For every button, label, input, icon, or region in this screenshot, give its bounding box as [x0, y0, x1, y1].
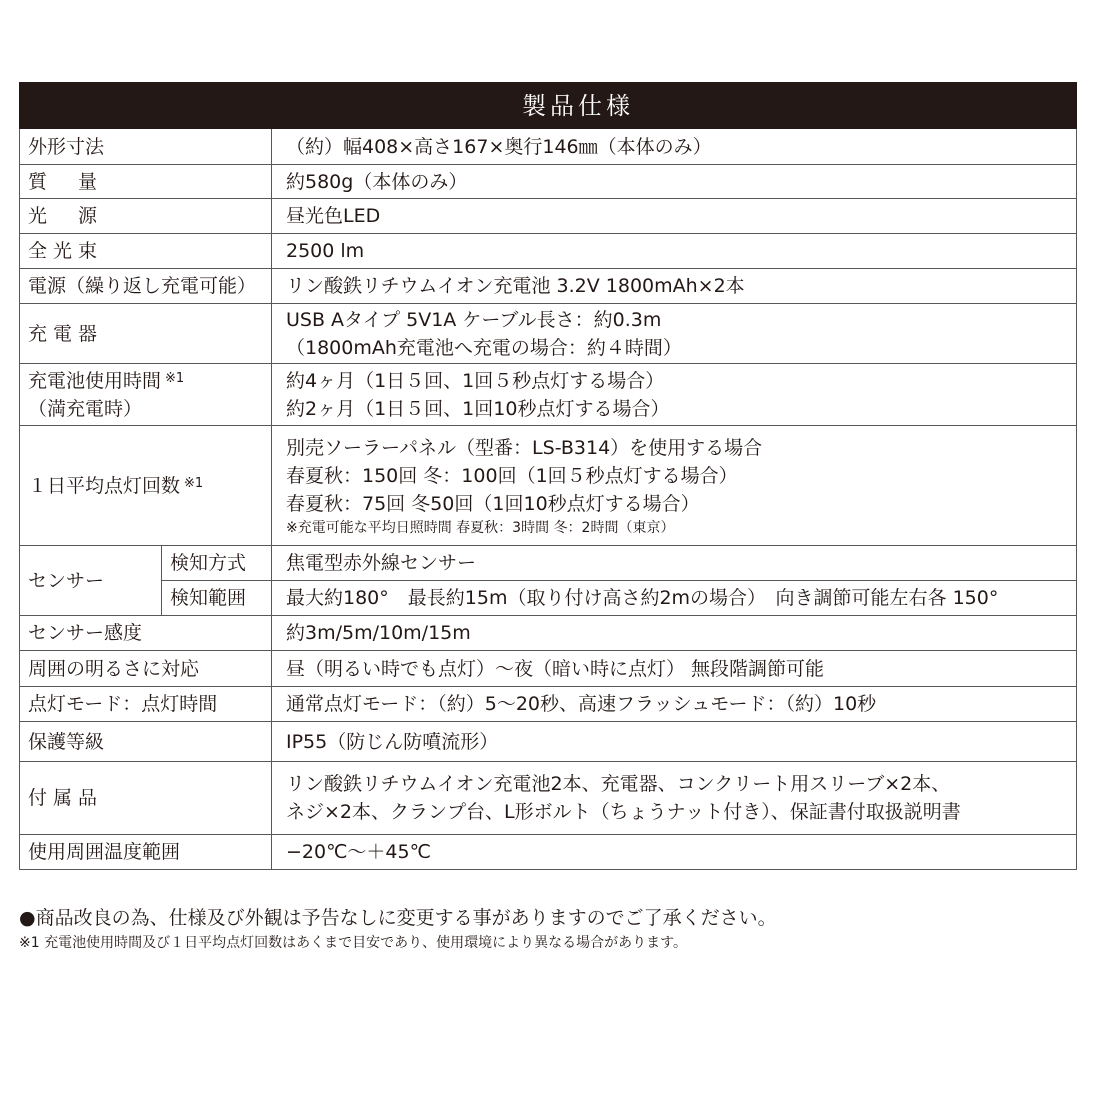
spec-table: 製品仕様 外形寸法 （約）幅408×高さ167×奥行146㎜（本体のみ） 質 量…	[19, 82, 1077, 870]
row-sensitivity: センサー感度 約3m/5m/10m/15m	[20, 616, 1077, 651]
note-mark: ※1	[184, 476, 203, 491]
value-dimensions: （約）幅408×高さ167×奥行146㎜（本体のみ）	[272, 129, 1077, 165]
label-power: 電源（繰り返し充電可能）	[20, 269, 272, 304]
footnote-1: ※1 充電池使用時間及び１日平均点灯回数はあくまで目安であり、使用環境により異な…	[19, 932, 777, 954]
label-sensor-method: 検知方式	[162, 546, 272, 581]
value-light-source: 昼光色LED	[272, 199, 1077, 234]
value-sensor-range: 最大約180° 最長約15m（取り付け高さ約2mの場合） 向き調節可能左右各 1…	[272, 581, 1077, 616]
row-protection: 保護等級 IP55（防じん防噴流形）	[20, 722, 1077, 762]
label-ambient: 周囲の明るさに対応	[20, 651, 272, 687]
label-sensor: センサー	[20, 546, 162, 616]
label-sensitivity: センサー感度	[20, 616, 272, 651]
value-temperature: −20℃〜＋45℃	[272, 835, 1077, 870]
row-mode: 点灯モード：点灯時間 通常点灯モード：（約）5〜20秒、高速フラッシュモード：（…	[20, 687, 1077, 722]
value-sensor-method: 焦電型赤外線センサー	[272, 546, 1077, 581]
label-protection: 保護等級	[20, 722, 272, 762]
daily-count-line-1: 別売ソーラーパネル（型番：LS-B314）を使用する場合	[286, 434, 1076, 462]
row-dimensions: 外形寸法 （約）幅408×高さ167×奥行146㎜（本体のみ）	[20, 129, 1077, 165]
label-battery-life: 充電池使用時間※1 （満充電時）	[20, 364, 272, 426]
row-ambient: 周囲の明るさに対応 昼（明るい時でも点灯）〜夜（暗い時に点灯） 無段階調節可能	[20, 651, 1077, 687]
row-light-source: 光 源 昼光色LED	[20, 199, 1077, 234]
value-battery-life: 約4ヶ月（1日５回、1回５秒点灯する場合） 約2ヶ月（1日５回、1回10秒点灯す…	[272, 364, 1077, 426]
row-temperature: 使用周囲温度範囲 −20℃〜＋45℃	[20, 835, 1077, 870]
value-mode: 通常点灯モード：（約）5〜20秒、高速フラッシュモード：（約）10秒	[272, 687, 1077, 722]
value-accessories: リン酸鉄リチウムイオン充電池2本、充電器、コンクリート用スリーブ×2本、 ネジ×…	[272, 762, 1077, 835]
daily-count-line-3: 春夏秋：75回 冬50回（1回10秒点灯する場合）	[286, 490, 1076, 518]
daily-count-small-note: ※充電可能な平均日照時間 春夏秋：3時間 冬：2時間（東京）	[286, 518, 1076, 538]
battery-life-label: 充電池使用時間	[28, 370, 161, 392]
value-ambient: 昼（明るい時でも点灯）〜夜（暗い時に点灯） 無段階調節可能	[272, 651, 1077, 687]
row-luminous-flux: 全光束 2500 lm	[20, 234, 1077, 269]
charger-line-1: USB Aタイプ 5V1A ケーブル長さ：約0.3m	[286, 306, 1076, 334]
row-charger: 充電器 USB Aタイプ 5V1A ケーブル長さ：約0.3m （1800mAh充…	[20, 304, 1077, 364]
value-sensitivity: 約3m/5m/10m/15m	[272, 616, 1077, 651]
row-sensor-method: センサー 検知方式 焦電型赤外線センサー	[20, 546, 1077, 581]
battery-life-line-2: 約2ヶ月（1日５回、1回10秒点灯する場合）	[286, 395, 1076, 423]
value-power: リン酸鉄リチウムイオン充電池 3.2V 1800mAh×2本	[272, 269, 1077, 304]
accessories-line-1: リン酸鉄リチウムイオン充電池2本、充電器、コンクリート用スリーブ×2本、	[286, 770, 1076, 798]
label-luminous-flux: 全光束	[20, 234, 272, 269]
note-mark: ※1	[165, 371, 184, 386]
row-sensor-range: 検知範囲 最大約180° 最長約15m（取り付け高さ約2mの場合） 向き調節可能…	[20, 581, 1077, 616]
label-dimensions: 外形寸法	[20, 129, 272, 165]
disclaimer-note: ●商品改良の為、仕様及び外観は予告なしに変更する事がありますのでご了承ください。	[19, 904, 777, 932]
row-power: 電源（繰り返し充電可能） リン酸鉄リチウムイオン充電池 3.2V 1800mAh…	[20, 269, 1077, 304]
label-mode: 点灯モード：点灯時間	[20, 687, 272, 722]
label-sensor-range: 検知範囲	[162, 581, 272, 616]
row-accessories: 付属品 リン酸鉄リチウムイオン充電池2本、充電器、コンクリート用スリーブ×2本、…	[20, 762, 1077, 835]
table-title: 製品仕様	[20, 83, 1077, 129]
battery-life-sublabel: （満充電時）	[28, 395, 271, 423]
value-weight: 約580g（本体のみ）	[272, 165, 1077, 199]
value-daily-count: 別売ソーラーパネル（型番：LS-B314）を使用する場合 春夏秋：150回 冬：…	[272, 426, 1077, 546]
row-daily-count: １日平均点灯回数※1 別売ソーラーパネル（型番：LS-B314）を使用する場合 …	[20, 426, 1077, 546]
accessories-line-2: ネジ×2本、クランプ台、L形ボルト（ちょうナット付き）、保証書付取扱説明書	[286, 798, 1076, 826]
daily-count-line-2: 春夏秋：150回 冬：100回（1回５秒点灯する場合）	[286, 462, 1076, 490]
charger-line-2: （1800mAh充電池へ充電の場合：約４時間）	[286, 334, 1076, 362]
row-weight: 質 量 約580g（本体のみ）	[20, 165, 1077, 199]
daily-count-label: １日平均点灯回数	[28, 475, 180, 497]
label-light-source: 光 源	[20, 199, 272, 234]
label-temperature: 使用周囲温度範囲	[20, 835, 272, 870]
value-charger: USB Aタイプ 5V1A ケーブル長さ：約0.3m （1800mAh充電池へ充…	[272, 304, 1077, 364]
label-weight: 質 量	[20, 165, 272, 199]
label-daily-count: １日平均点灯回数※1	[20, 426, 272, 546]
footnotes: ●商品改良の為、仕様及び外観は予告なしに変更する事がありますのでご了承ください。…	[19, 904, 777, 954]
value-protection: IP55（防じん防噴流形）	[272, 722, 1077, 762]
row-battery-life: 充電池使用時間※1 （満充電時） 約4ヶ月（1日５回、1回５秒点灯する場合） 約…	[20, 364, 1077, 426]
label-charger: 充電器	[20, 304, 272, 364]
label-accessories: 付属品	[20, 762, 272, 835]
battery-life-line-1: 約4ヶ月（1日５回、1回５秒点灯する場合）	[286, 367, 1076, 395]
value-luminous-flux: 2500 lm	[272, 234, 1077, 269]
